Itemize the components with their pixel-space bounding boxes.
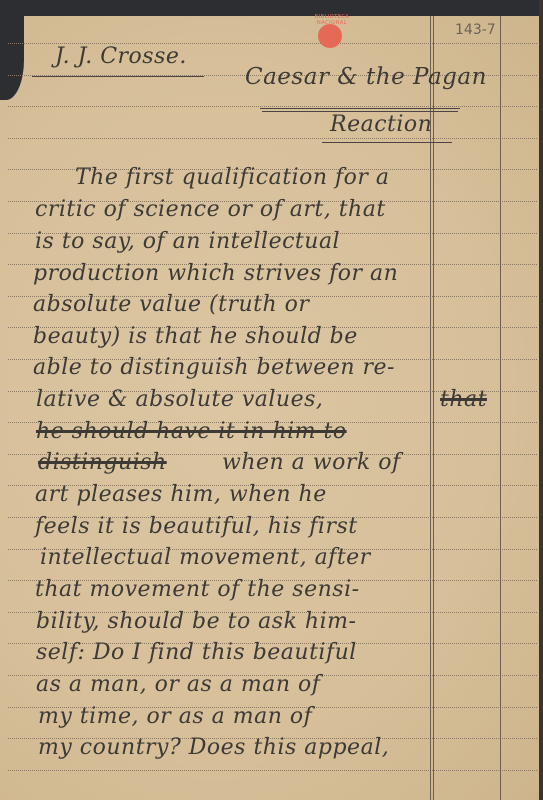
text-line: intellectual movement, after	[40, 545, 371, 570]
ruled-line	[8, 138, 537, 139]
ruled-line	[8, 770, 537, 771]
text-line: when a work of	[222, 450, 401, 475]
text-line: bility, should be to ask him-	[36, 609, 356, 634]
title-line-2: Reaction	[330, 112, 432, 137]
manuscript-page: BIBLIOTECA NACIONAL 143-7 J. J. Crosse. …	[0, 0, 543, 800]
text-line: my time, or as a man of	[38, 704, 312, 729]
title-line-1: Caesar & the Pagan	[245, 64, 487, 90]
text-line: that movement of the sensi-	[35, 577, 360, 602]
stamp-seal-icon	[318, 24, 342, 48]
text-line: beauty) is that he should be	[33, 324, 358, 349]
text-line: my country? Does this appeal,	[38, 735, 389, 760]
margin-line	[500, 16, 501, 800]
struck-text: he should have it in him to	[36, 419, 347, 444]
torn-edge	[24, 12, 543, 18]
text-line: production which strives for an	[33, 261, 398, 286]
text-line: self: Do I find this beautiful	[36, 640, 357, 665]
library-stamp: BIBLIOTECA NACIONAL	[302, 14, 362, 50]
text-line: lative & absolute values,	[36, 387, 323, 412]
title-underline	[322, 142, 452, 143]
margin-line	[433, 16, 434, 800]
text-line: absolute value (truth or	[33, 292, 309, 317]
author-name: J. J. Crosse.	[55, 44, 187, 69]
author-underline	[32, 76, 204, 77]
text-line: able to distinguish between re-	[33, 355, 395, 380]
struck-text: that	[440, 387, 487, 412]
text-line: The first qualification for a	[75, 165, 390, 190]
struck-text: distinguish	[38, 450, 167, 475]
reference-number: 143-7	[455, 22, 496, 38]
title-underline	[260, 108, 460, 109]
text-line: is to say, of an intellectual	[35, 229, 340, 254]
text-line: critic of science or of art, that	[35, 197, 386, 222]
scan-background-corner	[0, 0, 24, 100]
text-line: as a man, or as a man of	[36, 672, 320, 697]
ruled-line	[8, 106, 537, 107]
scan-background-right	[539, 0, 543, 800]
text-line: feels it is beautiful, his first	[35, 514, 358, 539]
text-line: art pleases him, when he	[35, 482, 327, 507]
